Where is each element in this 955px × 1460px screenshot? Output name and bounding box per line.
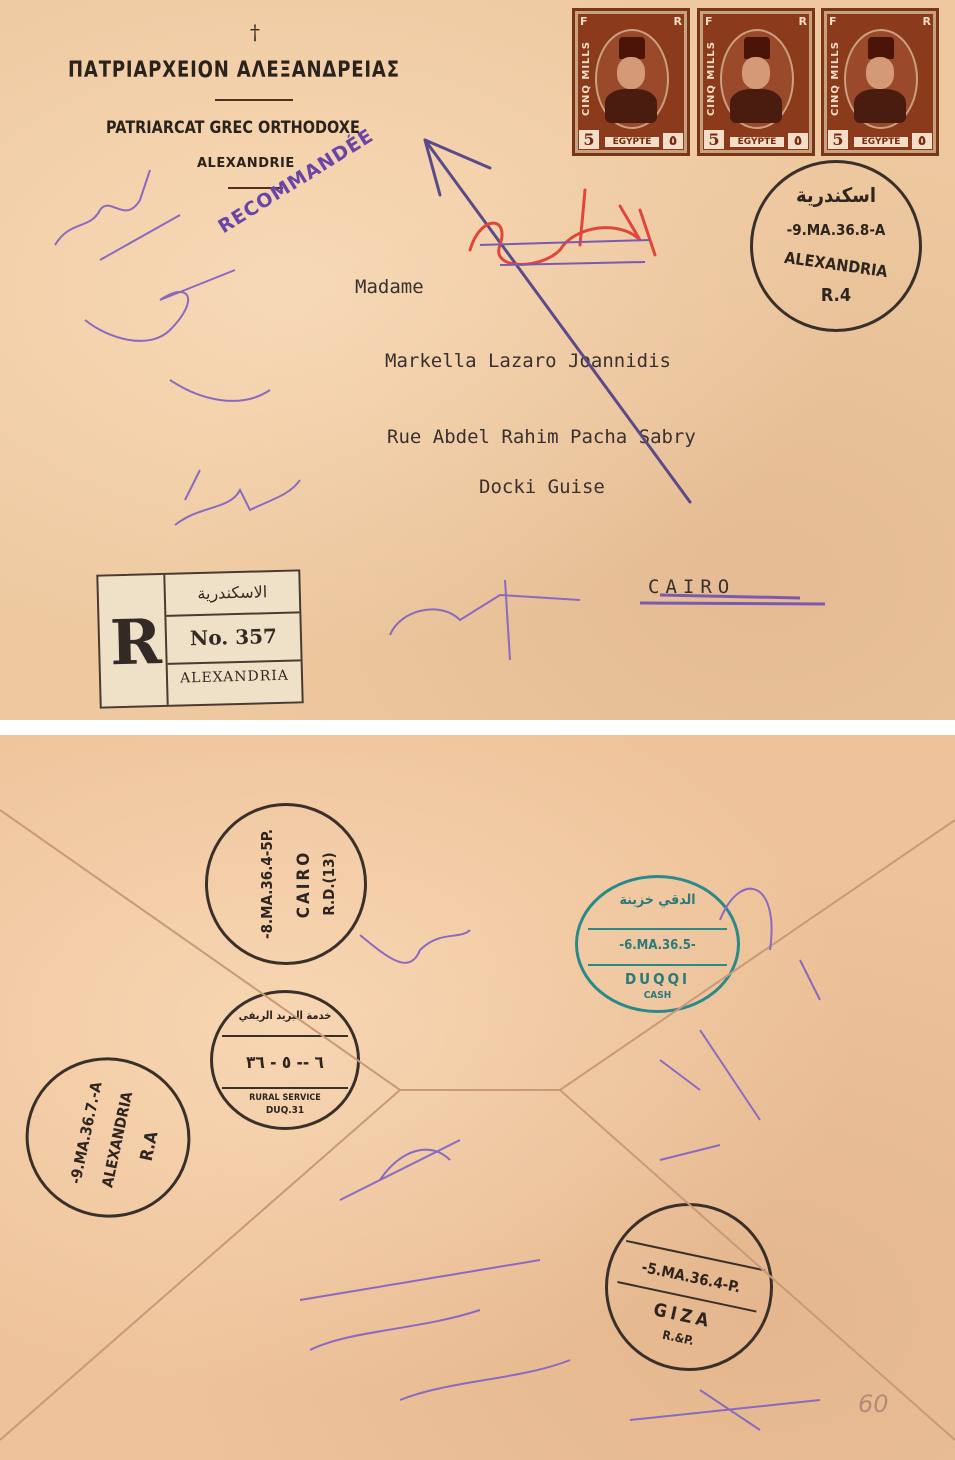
postage-stamp: F R CINQ MILLS 5 EGYPTE ٥ <box>572 8 690 156</box>
cross-icon: † <box>250 20 260 44</box>
postage-stamp: F R CINQ MILLS 5 EGYPTE ٥ <box>821 8 939 156</box>
registration-label: R الاسكندرية No. 357 ALEXANDRIA <box>96 569 303 708</box>
registered-handstamp: RECOMMANDÉE <box>214 125 377 238</box>
letterhead-french-title: PATRIARCAT GREC ORTHODOXE <box>106 118 360 138</box>
registration-city: ALEXANDRIA <box>168 667 301 686</box>
registration-arabic: الاسكندرية <box>166 581 299 603</box>
postmark-alexandria-back: -9.MA.36.7.-A ALEXANDRIA R.A <box>11 1042 206 1233</box>
letterhead-greek-title: ΠΑΤΡΙΑΡΧΕΙΟΝ ΑΛΕΞΑΝΔΡΕΙΑΣ <box>68 58 400 83</box>
postmark-giza: -5.MA.36.4-P. GIZA R.&P. <box>589 1187 788 1386</box>
envelope-back: -8.MA.36.4-5P. CAIRO R.D.(13) خدمة البري… <box>0 735 955 1460</box>
registration-letter: R <box>109 605 162 679</box>
postage-stamp: F R CINQ MILLS 5 EGYPTE ٥ <box>697 8 815 156</box>
letterhead-divider <box>215 99 293 101</box>
address-district: Docki Guise <box>479 476 605 498</box>
postmark-dokki: الدقي خزينة -6.MA.36.5- DUQQI CASH <box>575 875 740 1013</box>
address-street: Rue Abdel Rahim Pacha Sabry <box>387 426 696 448</box>
pencil-note: 60 <box>858 1390 889 1418</box>
envelope-front: † ΠΑΤΡΙΑΡΧΕΙΟΝ ΑΛΕΞΑΝΔΡΕΙΑΣ PATRIARCAT G… <box>0 0 955 720</box>
postmark-alexandria: اسكندرية -9.MA.36.8-A ALEXANDRIA R.4 <box>750 160 922 332</box>
postmark-cairo: -8.MA.36.4-5P. CAIRO R.D.(13) <box>205 803 367 965</box>
registration-number: No. 357 <box>167 623 301 650</box>
letterhead-city: ALEXANDRIE <box>197 156 295 171</box>
address-salutation: Madame <box>355 276 424 298</box>
postmark-rural-service: خدمة البريد الريفي ٦ -- ٥ - ٣٦ RURAL SER… <box>210 990 360 1130</box>
address-name: Markella Lazaro Joannidis <box>385 350 671 372</box>
address-city: CAIRO <box>648 576 735 598</box>
